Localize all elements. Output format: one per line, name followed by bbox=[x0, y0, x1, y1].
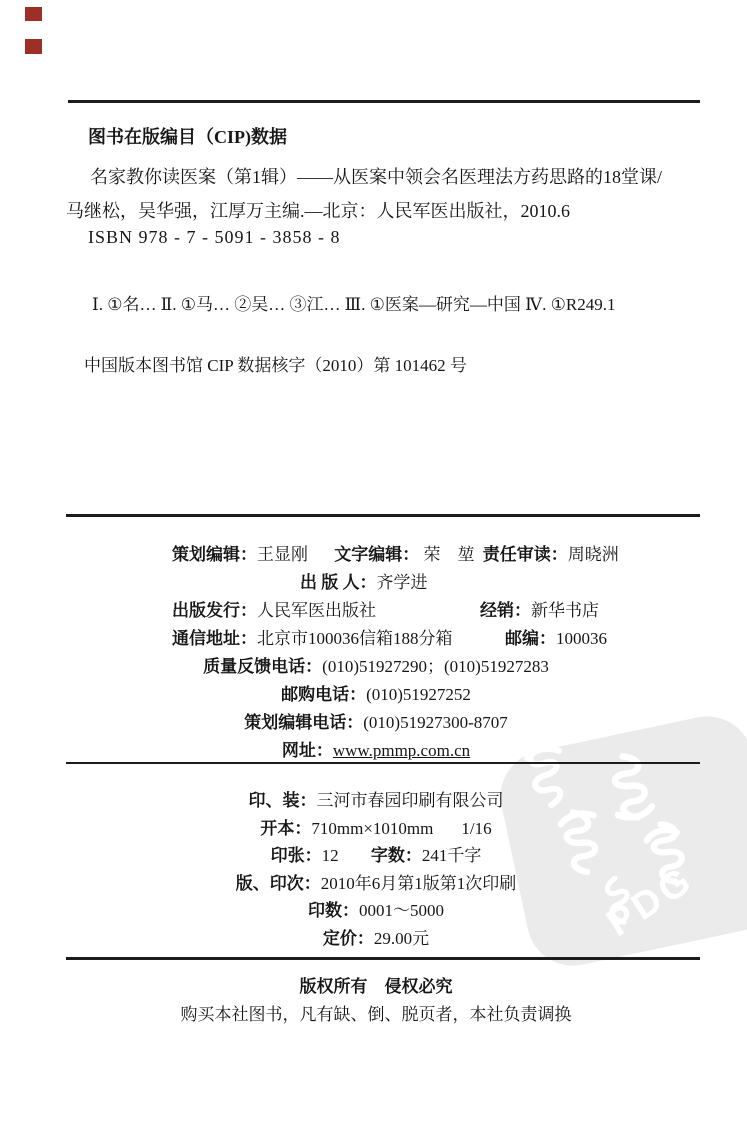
text-editor-value: 荣 堃 bbox=[419, 545, 474, 564]
responsible-reviewer-value: 周晓洲 bbox=[568, 545, 619, 564]
footer-block: 版权所有 侵权必究 购买本社图书，凡有缺、倒、脱页者，本社负责调换 bbox=[68, 972, 684, 1025]
publisher-person-line: 出 版 人：齐学进 bbox=[68, 568, 684, 596]
publisher: 出版发行：人民军医出版社 bbox=[172, 601, 376, 620]
words-value: 241千字 bbox=[422, 846, 482, 865]
cip-record-number: 中国版本图书馆 CIP 数据核字（2010）第 101462 号 bbox=[84, 351, 467, 376]
divider-publishing bbox=[66, 514, 700, 517]
distributor-label: 经销： bbox=[480, 601, 531, 620]
page-content: 图书在版编目（CIP)数据 名家教你读医案（第1辑）——从医案中领会名医理法方药… bbox=[0, 0, 747, 1122]
postcode-value: 100036 bbox=[556, 629, 607, 648]
edition-line: 版、印次：2010年6月第1版第1次印刷 bbox=[68, 869, 684, 897]
publisher-person-value: 齐学进 bbox=[377, 573, 428, 592]
printing-info-block: 印、装：三河市春园印刷有限公司 开本：710mm×1010mm1/16 印张：1… bbox=[68, 786, 684, 951]
planning-editor-label: 策划编辑： bbox=[172, 545, 257, 564]
responsible-reviewer: 责任审读：周晓洲 bbox=[483, 545, 619, 564]
divider-top bbox=[68, 100, 700, 103]
format-fraction: 1/16 bbox=[461, 819, 491, 838]
website-line: 网址：www.pmmp.com.cn bbox=[68, 736, 684, 764]
website-url: www.pmmp.com.cn bbox=[333, 741, 470, 760]
responsible-reviewer-label: 责任审读： bbox=[483, 545, 568, 564]
exchange-notice: 购买本社图书，凡有缺、倒、脱页者，本社负责调换 bbox=[68, 1000, 684, 1025]
editor-phone-line: 策划编辑电话：(010)51927300-8707 bbox=[68, 708, 684, 736]
price-value: 29.00元 bbox=[374, 929, 429, 948]
postcode: 邮编：100036 bbox=[505, 624, 607, 649]
postcode-label: 邮编： bbox=[505, 629, 556, 648]
divider-footer bbox=[66, 957, 700, 960]
sheets: 印张：12 bbox=[271, 846, 339, 865]
sheets-words-line: 印张：12 字数：241千字 bbox=[68, 841, 684, 869]
editor-phone-value: (010)51927300-8707 bbox=[363, 713, 507, 732]
publishing-info-block: 策划编辑：王显刚 文字编辑： 荣 堃 责任审读：周晓洲 出 版 人：齐学进 出版… bbox=[68, 540, 684, 764]
authors-publisher-line: 马继松，吴华强，江厚万主编.—北京：人民军医出版社，2010.6 bbox=[66, 197, 570, 223]
publisher-line: 出版发行：人民军医出版社 经销：新华书店 bbox=[68, 596, 684, 624]
book-copyright-page: PDG 图书在版编目（CIP)数据 名家教你读医案（第1辑）——从医案中领会名医… bbox=[0, 0, 747, 1122]
mailorder-phone-value: (010)51927252 bbox=[366, 685, 471, 704]
words-label: 字数： bbox=[371, 846, 422, 865]
copies-line: 印数：0001～5000 bbox=[68, 896, 684, 924]
price-line: 定价：29.00元 bbox=[68, 924, 684, 952]
publisher-value: 人民军医出版社 bbox=[257, 601, 376, 620]
address-line: 通信地址：北京市100036信箱188分箱 邮编：100036 bbox=[68, 624, 684, 652]
text-editor-label: 文字编辑： bbox=[334, 545, 419, 564]
cip-heading: 图书在版编目（CIP)数据 bbox=[88, 123, 287, 149]
website-label: 网址： bbox=[282, 741, 333, 760]
planning-editor: 策划编辑：王显刚 bbox=[172, 545, 308, 564]
planning-editor-value: 王显刚 bbox=[257, 545, 308, 564]
address-label: 通信地址： bbox=[172, 629, 257, 648]
edition-label: 版、印次： bbox=[236, 874, 321, 893]
editors-line: 策划编辑：王显刚 文字编辑： 荣 堃 责任审读：周晓洲 bbox=[68, 540, 684, 568]
mailorder-phone-line: 邮购电话：(010)51927252 bbox=[68, 680, 684, 708]
distributor: 经销：新华书店 bbox=[480, 596, 599, 621]
publisher-label: 出版发行： bbox=[172, 601, 257, 620]
book-title-line: 名家教你读医案（第1辑）——从医案中领会名医理法方药思路的18堂课/ bbox=[90, 163, 662, 189]
distributor-value: 新华书店 bbox=[531, 601, 599, 620]
printer-line: 印、装：三河市春园印刷有限公司 bbox=[68, 786, 684, 814]
publisher-person-label: 出 版 人： bbox=[300, 573, 377, 592]
price-label: 定价： bbox=[323, 929, 374, 948]
copies-value: 0001～5000 bbox=[359, 901, 444, 920]
address-value: 北京市100036信箱188分箱 bbox=[257, 629, 453, 648]
edition-value: 2010年6月第1版第1次印刷 bbox=[321, 874, 517, 893]
mailorder-phone-label: 邮购电话： bbox=[281, 685, 366, 704]
printer-value: 三河市春园印刷有限公司 bbox=[317, 791, 504, 810]
sheets-value: 12 bbox=[322, 846, 339, 865]
sheets-label: 印张： bbox=[271, 846, 322, 865]
format-label: 开本： bbox=[260, 819, 311, 838]
feedback-phone-label: 质量反馈电话： bbox=[203, 657, 322, 676]
copyright-notice: 版权所有 侵权必究 bbox=[68, 972, 684, 1000]
format-line: 开本：710mm×1010mm1/16 bbox=[68, 814, 684, 842]
printer-label: 印、装： bbox=[249, 791, 317, 810]
isbn-line: ISBN 978 - 7 - 5091 - 3858 - 8 bbox=[88, 227, 341, 248]
text-editor: 文字编辑： 荣 堃 bbox=[334, 545, 474, 564]
divider-printing bbox=[66, 762, 700, 764]
word-count: 字数：241千字 bbox=[371, 846, 482, 865]
mailing-address: 通信地址：北京市100036信箱188分箱 bbox=[172, 629, 453, 648]
editor-phone-label: 策划编辑电话： bbox=[244, 713, 363, 732]
feedback-phone-line: 质量反馈电话：(010)51927290；(010)51927283 bbox=[68, 652, 684, 680]
cip-classification-line: Ⅰ. ①名… Ⅱ. ①马… ②吴… ③江… Ⅲ. ①医案—研究—中国 Ⅳ. ①R… bbox=[92, 290, 615, 315]
copies-label: 印数： bbox=[308, 901, 359, 920]
format-value: 710mm×1010mm bbox=[311, 819, 433, 838]
feedback-phone-value: (010)51927290；(010)51927283 bbox=[322, 657, 549, 676]
